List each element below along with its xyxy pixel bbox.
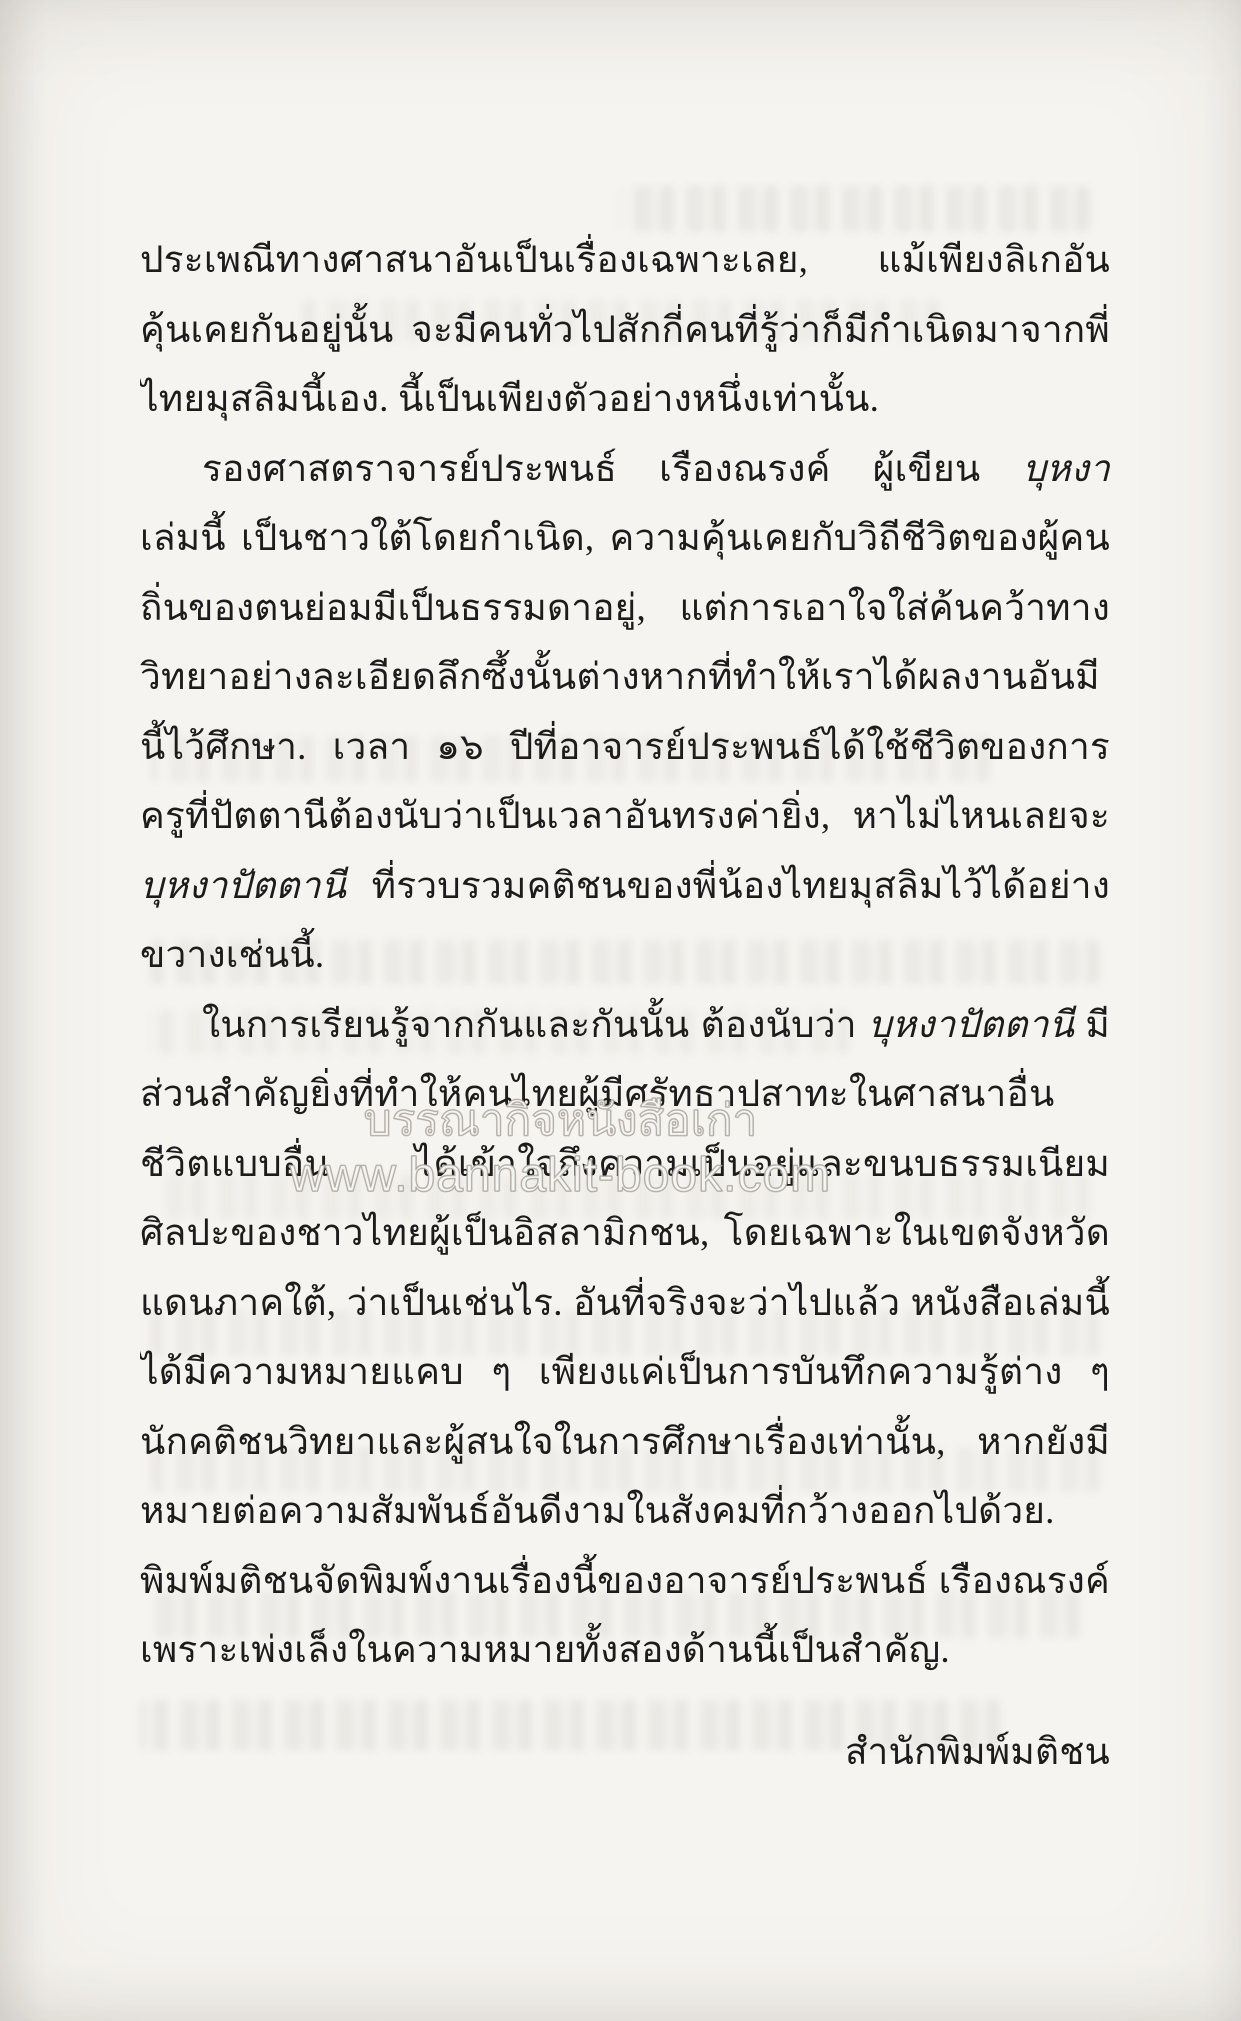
text-line: พิมพ์มติชนจัดพิมพ์งานเรื่องนี้ของอาจารย์… bbox=[140, 1547, 1110, 1617]
text-line: แดนภาคใต้, ว่าเป็นเช่นไร. อันที่จริงจะว่… bbox=[140, 1269, 1110, 1339]
text-line: ประเพณีทางศาสนาอันเป็นเรื่องเฉพาะเลย, แม… bbox=[140, 226, 1110, 296]
publisher-signature: สำนักพิมพ์มติชน bbox=[140, 1718, 1110, 1788]
text-line: ครูที่ปัตตานีต้องนับว่าเป็นเวลาอันทรงค่า… bbox=[140, 782, 1110, 852]
text-line: รองศาสตราจารย์ประพนธ์ เรืองณรงค์ ผู้เขีย… bbox=[140, 435, 1110, 505]
text-line: ชีวิตแบบอื่น ได้เข้าใจถึงความเป็นอยู่และ… bbox=[140, 1130, 1110, 1200]
text-line: นี้ไว้ศึกษา. เวลา ๑๖ ปีที่อาจารย์ประพนธ์… bbox=[140, 713, 1110, 783]
text-line: คุ้นเคยกันอยู่นั้น จะมีคนทั่วไปสักกี่คนท… bbox=[140, 296, 1110, 366]
text-line: หมายต่อความสัมพันธ์อันดีงามในสังคมที่กว้… bbox=[140, 1477, 1110, 1547]
text-line: เพราะเพ่งเล็งในความหมายทั้งสองด้านนี้เป็… bbox=[140, 1616, 1110, 1686]
text-line: ส่วนสำคัญยิ่งที่ทำให้คนไทยผู้มีศรัทธาปสา… bbox=[140, 1060, 1110, 1130]
text-line: ถิ่นของตนย่อมมีเป็นธรรมดาอยู่, แต่การเอา… bbox=[140, 574, 1110, 644]
signature-block: สำนักพิมพ์มติชน bbox=[140, 1694, 1110, 1788]
text-line: ไทยมุสลิมนี้เอง. นี้เป็นเพียงตัวอย่างหนึ… bbox=[140, 365, 1110, 435]
text-line: นักคติชนวิทยาและผู้สนใจในการศึกษาเรื่องเ… bbox=[140, 1408, 1110, 1478]
text-block: ประเพณีทางศาสนาอันเป็นเรื่องเฉพาะเลย, แม… bbox=[140, 226, 1110, 1686]
text-line: ในการเรียนรู้จากกันและกันนั้น ต้องนับว่า… bbox=[140, 991, 1110, 1061]
text-line: บุหงาปัตตานี ที่รวบรวมคติชนของพี่น้องไทย… bbox=[140, 852, 1110, 922]
text-line: ศิลปะของชาวไทยผู้เป็นอิสลามิกชน, โดยเฉพา… bbox=[140, 1199, 1110, 1269]
scanned-page: ประเพณีทางศาสนาอันเป็นเรื่องเฉพาะเลย, แม… bbox=[0, 0, 1241, 2021]
text-line: ขวางเช่นนี้. bbox=[140, 921, 1110, 991]
text-line: เล่มนี้ เป็นชาวใต้โดยกำเนิด, ความคุ้นเคย… bbox=[140, 504, 1110, 574]
text-line: วิทยาอย่างละเอียดลึกซึ้งนั้นต่างหากที่ทำ… bbox=[140, 643, 1110, 713]
text-line: ได้มีความหมายแคบ ๆ เพียงแค่เป็นการบันทึก… bbox=[140, 1338, 1110, 1408]
